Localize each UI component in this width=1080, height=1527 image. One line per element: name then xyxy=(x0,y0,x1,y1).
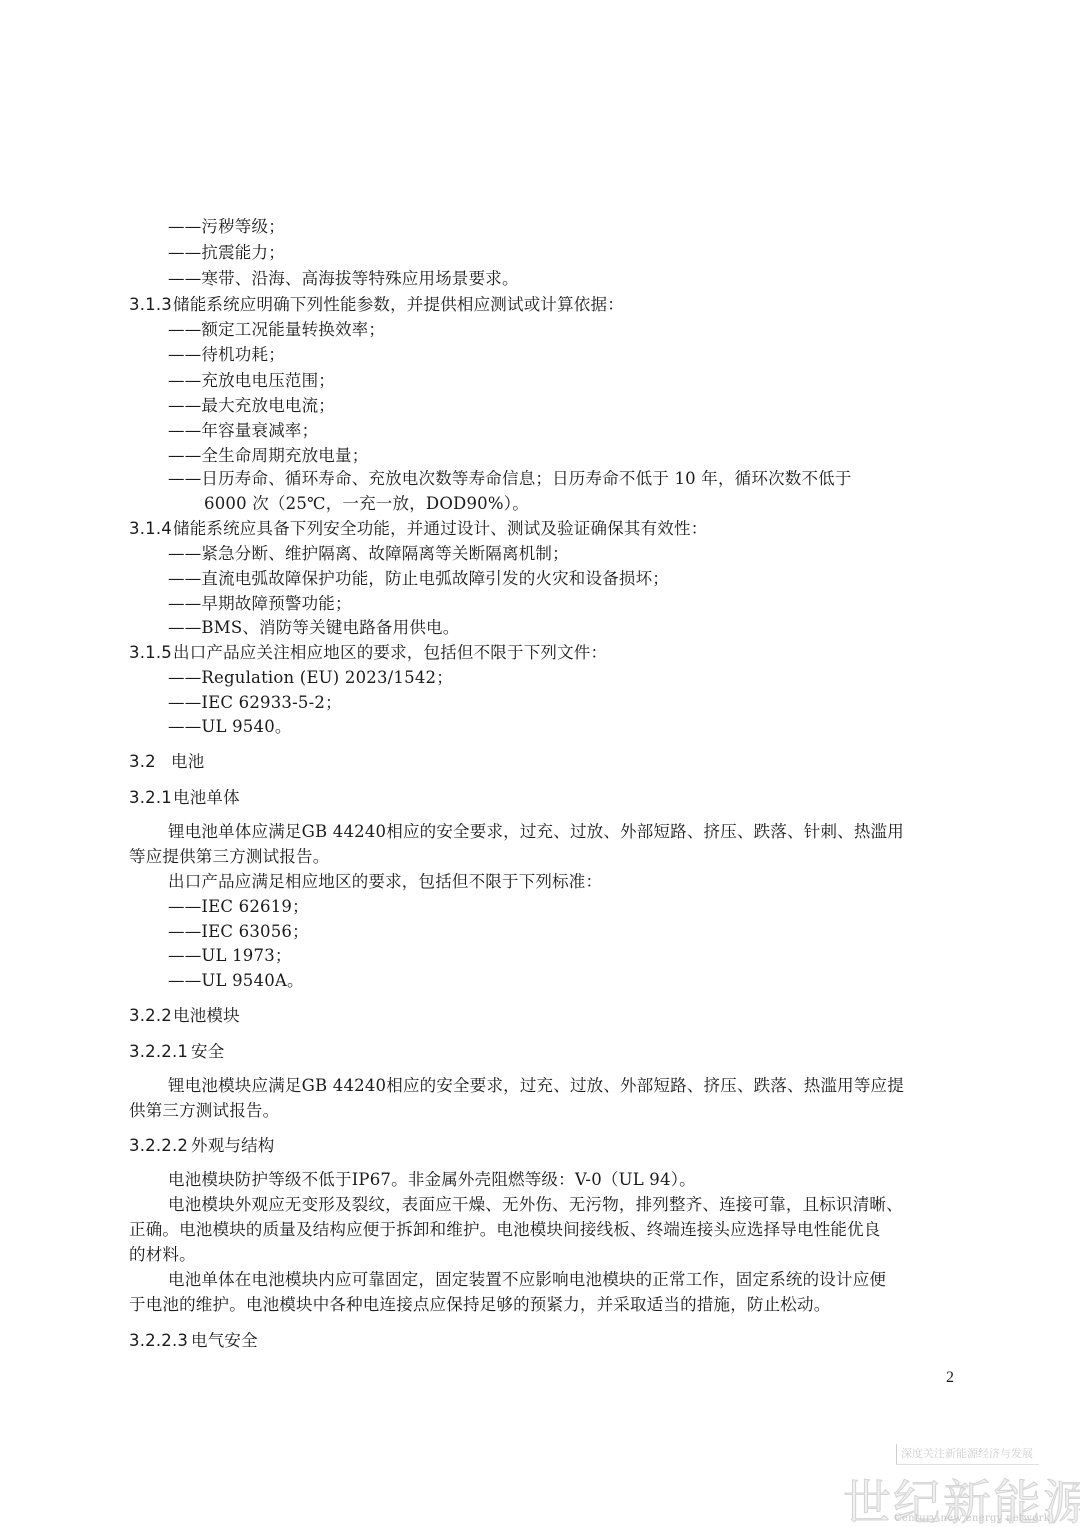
paragraph-line: 锂电池模块应满足GB 44240相应的安全要求，过充、过放、外部短路、挤压、跌落… xyxy=(168,1074,904,1098)
list-item: ——UL 1973； xyxy=(168,944,292,968)
list-item: ——额定工况能量转换效率； xyxy=(168,318,385,342)
clause-text: 储能系统应明确下列性能参数，并提供相应测试或计算依据： xyxy=(173,295,624,314)
watermark-english: Century new energy network xyxy=(894,1513,1050,1524)
list-item: ——IEC 62933-5-2； xyxy=(168,691,342,715)
clause-text: 出口产品应关注相应地区的要求，包括但不限于下列文件： xyxy=(173,643,607,662)
section-number: 3.2.2.3 xyxy=(129,1329,191,1353)
section-heading-3-2-2: 3.2.2电池模块 xyxy=(129,1004,240,1028)
clause-text: 储能系统应具备下列安全功能，并通过设计、测试及验证确保其有效性： xyxy=(173,519,707,538)
list-item: ——抗震能力； xyxy=(168,241,285,265)
paragraph-line: 供第三方测试报告。 xyxy=(129,1099,279,1123)
clause-3-1-3: 3.1.3储能系统应明确下列性能参数，并提供相应测试或计算依据： xyxy=(129,293,624,317)
list-item: ——BMS、消防等关键电路备用供电。 xyxy=(168,616,459,640)
list-item-continuation: 6000 次（25℃，一充一放，DOD90%）。 xyxy=(204,492,529,516)
section-title: 电池模块 xyxy=(173,1006,240,1025)
section-title: 电池 xyxy=(171,752,204,771)
list-item: ——污秽等级； xyxy=(168,215,285,239)
section-number: 3.2.1 xyxy=(129,786,173,810)
section-heading-3-2-1: 3.2.1电池单体 xyxy=(129,786,240,810)
list-item: ——寒带、沿海、高海拔等特殊应用场景要求。 xyxy=(168,267,519,291)
paragraph-line: 于电池的维护。电池模块中各种电连接点应保持足够的预紧力，并采取适当的措施，防止松… xyxy=(129,1293,830,1317)
list-item: ——Regulation (EU) 2023/1542； xyxy=(168,666,453,690)
section-heading-3-2-2-3: 3.2.2.3电气安全 xyxy=(129,1329,258,1353)
list-item: ——年容量衰减率； xyxy=(168,419,318,443)
clause-number: 3.1.3 xyxy=(129,293,173,317)
list-item: ——全生命周期充放电量； xyxy=(168,444,368,468)
list-item: ——日历寿命、循环寿命、充放电次数等寿命信息；日历寿命不低于 10 年，循环次数… xyxy=(168,467,852,491)
section-heading-3-2-2-1: 3.2.2.1安全 xyxy=(129,1040,224,1064)
list-item: ——IEC 63056； xyxy=(168,920,309,944)
paragraph-line: 的材料。 xyxy=(129,1243,196,1267)
list-item: ——紧急分断、维护隔离、故障隔离等关断隔离机制； xyxy=(168,542,569,566)
list-item: ——UL 9540。 xyxy=(168,715,292,739)
paragraph-line: 电池模块防护等级不低于IP67。非金属外壳阻燃等级：V-0（UL 94）。 xyxy=(168,1168,696,1192)
paragraph-line: 正确。电池模块的质量及结构应便于拆卸和维护。电池模块间接线板、终端连接头应选择导… xyxy=(129,1218,881,1242)
paragraph-line: 出口产品应满足相应地区的要求，包括但不限于下列标准： xyxy=(168,870,602,894)
list-item: ——UL 9540A。 xyxy=(168,969,304,993)
list-item: ——充放电电压范围； xyxy=(168,369,335,393)
list-item: ——早期故障预警功能； xyxy=(168,592,352,616)
page-number: 2 xyxy=(946,1369,954,1387)
list-item: ——最大充放电电流； xyxy=(168,394,335,418)
clause-3-1-4: 3.1.4储能系统应具备下列安全功能，并通过设计、测试及验证确保其有效性： xyxy=(129,517,707,541)
section-heading-3-2-2-2: 3.2.2.2外观与结构 xyxy=(129,1134,275,1158)
watermark-tagline: 深度关注新能源经济与发展 xyxy=(896,1444,1039,1465)
section-title: 电气安全 xyxy=(191,1331,258,1350)
section-heading-3-2: 3.2电池 xyxy=(129,750,204,774)
list-item: ——待机功耗； xyxy=(168,343,285,367)
section-title: 电池单体 xyxy=(173,788,240,807)
section-number: 3.2.2.2 xyxy=(129,1134,191,1158)
clause-3-1-5: 3.1.5出口产品应关注相应地区的要求，包括但不限于下列文件： xyxy=(129,641,607,665)
paragraph-line: 电池模块外观应无变形及裂纹，表面应干燥、无外伤、无污物，排列整齐、连接可靠，且标… xyxy=(168,1193,903,1217)
paragraph-line: 电池单体在电池模块内应可靠固定，固定装置不应影响电池模块的正常工作，固定系统的设… xyxy=(168,1268,886,1292)
section-number: 3.2 xyxy=(129,750,171,774)
section-number: 3.2.2.1 xyxy=(129,1040,191,1064)
list-item: ——直流电弧故障保护功能，防止电弧故障引发的火灾和设备损坏； xyxy=(168,567,669,591)
section-number: 3.2.2 xyxy=(129,1004,173,1028)
clause-number: 3.1.5 xyxy=(129,641,173,665)
clause-number: 3.1.4 xyxy=(129,517,173,541)
section-title: 安全 xyxy=(191,1042,224,1061)
list-item: ——IEC 62619； xyxy=(168,895,309,919)
section-title: 外观与结构 xyxy=(191,1136,275,1155)
paragraph-line: 锂电池单体应满足GB 44240相应的安全要求，过充、过放、外部短路、挤压、跌落… xyxy=(168,820,904,844)
paragraph-line: 等应提供第三方测试报告。 xyxy=(129,845,329,869)
